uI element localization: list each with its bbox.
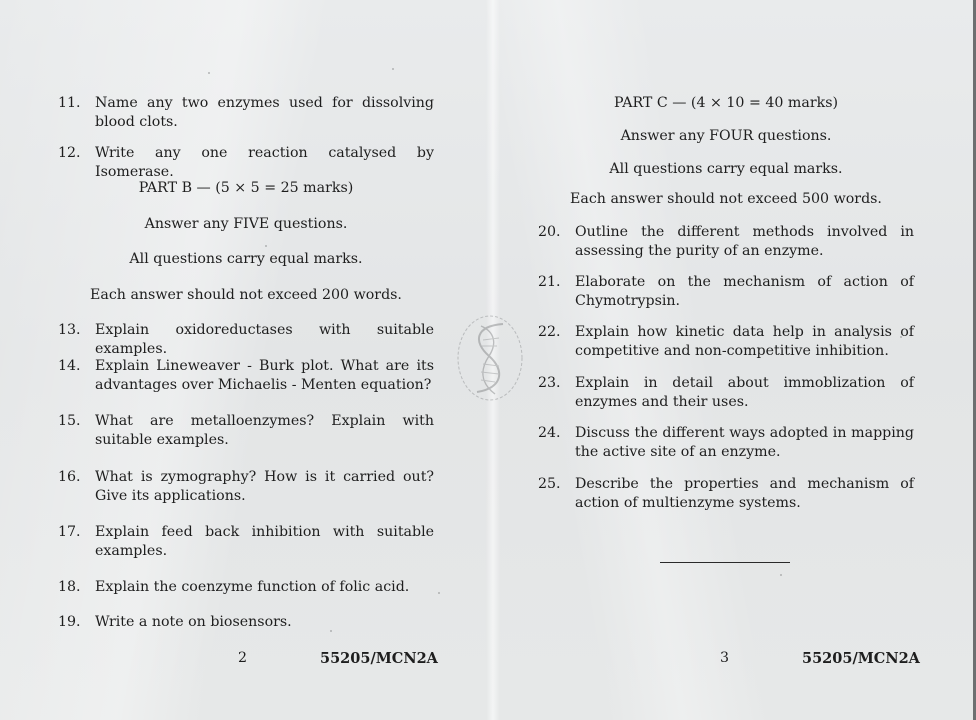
question-text: Write any one reaction catalysed by Isom… [95,144,434,182]
question-text: Explain oxidoreductases with suitable ex… [95,321,434,359]
question-text: Write a note on biosensors. [95,613,434,632]
question-text: Explain Lineweaver - Burk plot. What are… [95,357,434,395]
paper-code: 55205/MCN2A [320,649,438,668]
question-text: Discuss the different ways adopted in ma… [575,424,914,462]
question-number: 12. [58,144,94,163]
part-b-instruction: Answer any FIVE questions. [58,215,434,234]
question-number: 25. [538,475,574,494]
question-text: What are metalloenzymes? Explain with su… [95,412,434,450]
paper-speck [392,68,394,70]
part-c-instruction: Answer any FOUR questions. [538,127,914,146]
part-b-word-limit: Each answer should not exceed 200 words. [58,286,434,305]
paper-speck [208,72,210,74]
question-number: 13. [58,321,94,340]
question-text: Explain feed back inhibition with suitab… [95,523,434,561]
dna-helix-seal-icon [455,312,525,404]
question-number: 18. [58,578,94,597]
paper-speck [265,245,267,247]
paper-code: 55205/MCN2A [802,649,920,668]
question-number: 14. [58,357,94,376]
question-number: 20. [538,223,574,242]
paper-speck [780,574,782,576]
question-number: 24. [538,424,574,443]
question-text: Explain in detail about immoblization of… [575,374,914,412]
question-number: 21. [538,273,574,292]
question-text: Explain the coenzyme function of folic a… [95,578,434,597]
question-text: Describe the properties and mechanism of… [575,475,914,513]
page-number: 2 [238,649,247,668]
part-b-instruction: All questions carry equal marks. [58,250,434,269]
part-b-heading: PART B — (5 × 5 = 25 marks) [58,179,434,198]
question-number: 15. [58,412,94,431]
question-number: 17. [58,523,94,542]
end-of-paper-rule [660,562,790,563]
question-number: 19. [58,613,94,632]
question-text: What is zymography? How is it carried ou… [95,468,434,506]
part-c-instruction: All questions carry equal marks. [538,160,914,179]
question-number: 16. [58,468,94,487]
question-text: Name any two enzymes used for dissolving… [95,94,434,132]
question-text: Elaborate on the mechanism of action of … [575,273,914,311]
paper-speck [438,592,440,594]
page-number: 3 [720,649,729,668]
part-c-heading: PART C — (4 × 10 = 40 marks) [538,94,914,113]
question-number: 23. [538,374,574,393]
question-number: 11. [58,94,94,113]
question-number: 22. [538,323,574,342]
question-text: Outline the different methods involved i… [575,223,914,261]
question-text: Explain how kinetic data help in analysi… [575,323,914,361]
part-c-word-limit: Each answer should not exceed 500 words. [538,190,914,209]
